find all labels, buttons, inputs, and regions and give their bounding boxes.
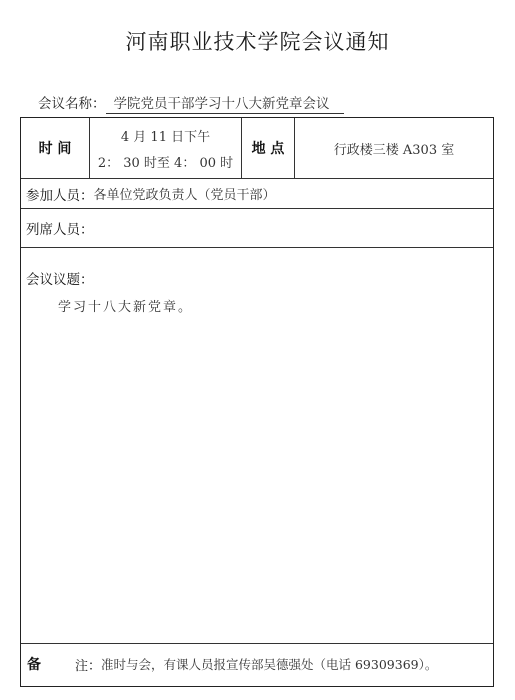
agenda-label: 会议议题：: [26, 268, 94, 288]
meeting-name-value: 学院党员干部学习十八大新党章会议: [106, 96, 344, 114]
attendees-value: 各单位党政负责人（党员干部）: [94, 184, 276, 203]
remarks-row: 备 注： 准时与会，有课人员报宣传部吴德强处（电话 69309369）。: [21, 644, 493, 684]
remarks-value: 准时与会，有课人员报宣传部吴德强处（电话 69309369）。: [101, 655, 437, 673]
observers-row: 列席人员：: [21, 209, 493, 248]
page-title: 河南职业技术学院会议通知: [0, 26, 515, 56]
time-label: 时 间: [21, 118, 90, 178]
attendees-label: 参加人员：: [26, 184, 94, 204]
attendees-row: 参加人员： 各单位党政负责人（党员干部）: [21, 179, 493, 209]
time-value-line1: 4 月 11 日下午: [121, 126, 210, 145]
meeting-name-line: 会议名称：学院党员干部学习十八大新党章会议: [38, 92, 344, 114]
time-value-line2: 2： 30 时至 4： 00 时: [98, 152, 233, 171]
location-value: 行政楼三楼 A303 室: [295, 118, 493, 178]
time-location-row: 时 间 4 月 11 日下午 2： 30 时至 4： 00 时 地 点 行政楼三…: [21, 118, 493, 179]
meeting-name-label: 会议名称：: [38, 96, 106, 112]
remarks-label-suffix: 注：: [75, 655, 101, 674]
agenda-section: 会议议题： 学习十八大新党章。: [21, 248, 493, 644]
agenda-value: 学习十八大新党章。: [58, 296, 193, 315]
observers-label: 列席人员：: [26, 218, 94, 238]
time-value: 4 月 11 日下午 2： 30 时至 4： 00 时: [90, 118, 242, 178]
remarks-label: 备: [27, 654, 41, 674]
notice-table: 时 间 4 月 11 日下午 2： 30 时至 4： 00 时 地 点 行政楼三…: [20, 117, 494, 687]
location-label: 地 点: [242, 118, 295, 178]
